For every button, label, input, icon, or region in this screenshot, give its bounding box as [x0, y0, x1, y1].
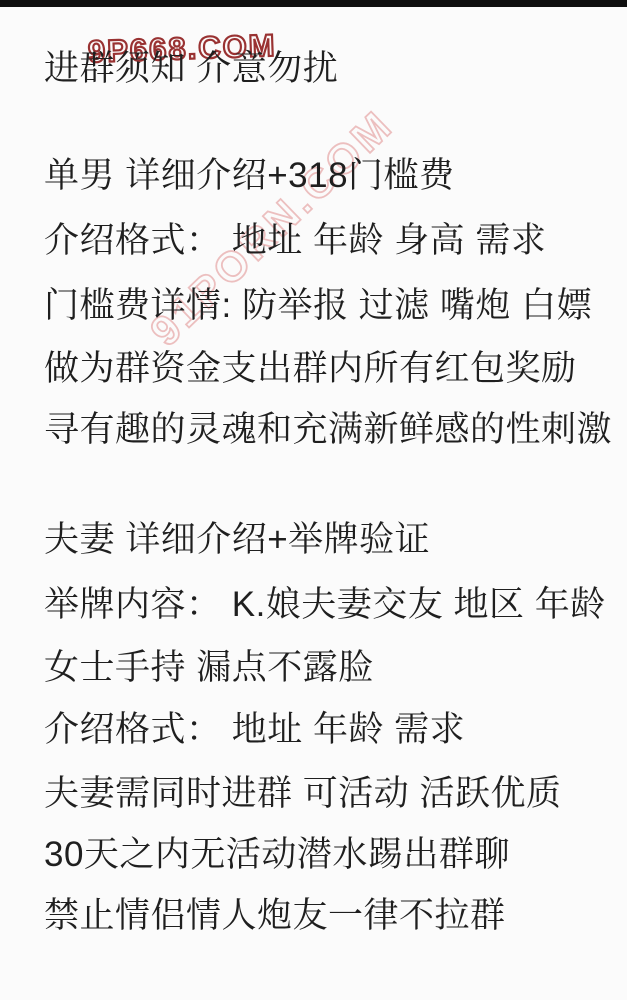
couple-sign-content: 举牌内容： K.娘夫妻交友 地区 年龄: [44, 586, 617, 625]
forbidden-members-rule: 禁止情侣情人炮友一律不拉群: [44, 897, 617, 936]
couple-join-rule: 夫妻需同时进群 可活动 活跃优质: [44, 775, 617, 814]
couple-photo-rule: 女士手持 漏点不露脸: [44, 649, 617, 688]
single-male-intro-format: 介绍格式： 地址 年龄 身高 需求: [44, 222, 617, 261]
single-male-fee-details: 门槛费详情: 防举报 过滤 嘴炮 白嫖: [44, 287, 617, 326]
notice-screenshot: 9P668.COM 91PORN.COM 进群须知 介意勿扰 单男 详细介绍+3…: [0, 0, 627, 1000]
single-male-fund-usage: 做为群资金支出群内所有红包奖励: [44, 350, 617, 389]
couple-intro-format: 介绍格式： 地址 年龄 需求: [44, 711, 617, 750]
couple-heading: 夫妻 详细介绍+举牌验证: [44, 521, 617, 560]
single-male-heading: 单男 详细介绍+318门槛费: [44, 157, 617, 196]
notice-title: 进群须知 介意勿扰: [44, 50, 617, 89]
inactivity-kick-rule: 30天之内无活动潜水踢出群聊: [44, 836, 617, 875]
single-male-purpose: 寻有趣的灵魂和充满新鲜感的性刺激: [44, 411, 617, 450]
top-black-bar: [0, 0, 627, 7]
